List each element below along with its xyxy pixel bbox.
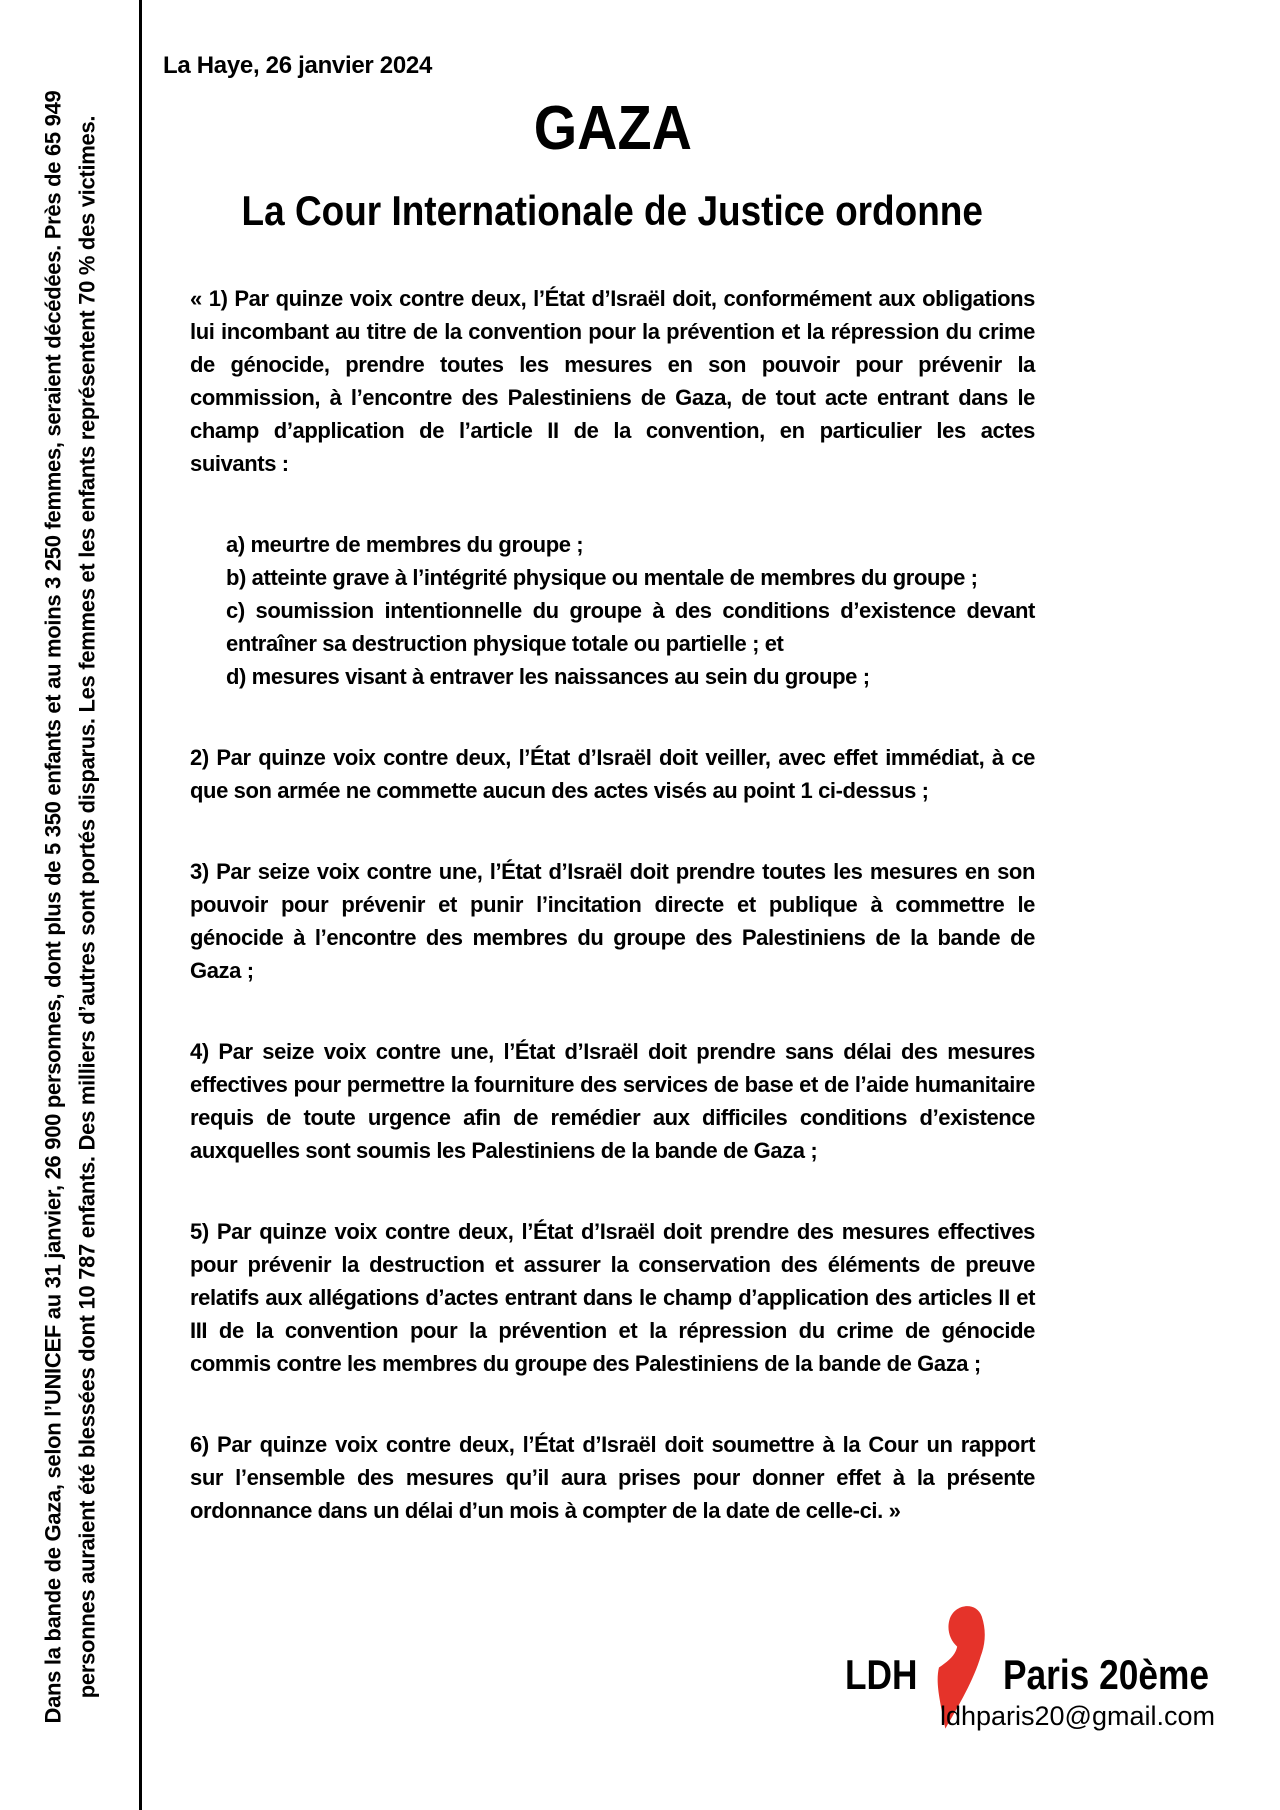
acts-list: a) meurtre de membres du groupe ; b) att… — [226, 528, 1035, 693]
flyer-page: Dans la bande de Gaza, selon l’UNICEF au… — [0, 0, 1280, 1810]
sidebar-stat-line-2: personnes auraient été blessées dont 10 … — [71, 40, 105, 1775]
section-label: Paris 20ème — [1003, 1652, 1209, 1698]
list-item-c: c) soumission intentionnelle du groupe à… — [226, 594, 1035, 660]
dateline: La Haye, 26 janvier 2024 — [163, 52, 1035, 80]
main-content: La Haye, 26 janvier 2024 GAZA La Cour In… — [190, 0, 1035, 1527]
paragraph-6: 6) Par quinze voix contre deux, l’État d… — [190, 1428, 1035, 1527]
footer: LDH Paris 20ème ldhparis20@gmail.com — [840, 1592, 1215, 1752]
paragraph-3: 3) Par seize voix contre une, l’État d’I… — [190, 855, 1035, 987]
paragraph-4: 4) Par seize voix contre une, l’État d’I… — [190, 1035, 1035, 1167]
page-subtitle: La Cour Internationale de Justice ordonn… — [190, 188, 1035, 234]
sidebar-stat-line-1: Dans la bande de Gaza, selon l’UNICEF au… — [37, 40, 71, 1775]
paragraph-5: 5) Par quinze voix contre deux, l’État d… — [190, 1215, 1035, 1380]
page-subtitle-text: La Cour Internationale de Justice ordonn… — [242, 188, 983, 234]
sidebar-vertical-text: Dans la bande de Gaza, selon l’UNICEF au… — [37, 40, 105, 1775]
list-item-d: d) mesures visant à entraver les naissan… — [226, 660, 1035, 693]
ldh-org-label: LDH — [845, 1652, 918, 1698]
paragraph-1: « 1) Par quinze voix contre deux, l’État… — [190, 282, 1035, 480]
list-item-a: a) meurtre de membres du groupe ; — [226, 528, 1035, 561]
page-title: GAZA — [190, 98, 1035, 160]
vertical-divider — [139, 0, 142, 1810]
list-item-b: b) atteinte grave à l’intégrité physique… — [226, 561, 1035, 594]
contact-email: ldhparis20@gmail.com — [940, 1700, 1215, 1732]
page-title-text: GAZA — [533, 98, 691, 160]
paragraph-2: 2) Par quinze voix contre deux, l’État d… — [190, 741, 1035, 807]
